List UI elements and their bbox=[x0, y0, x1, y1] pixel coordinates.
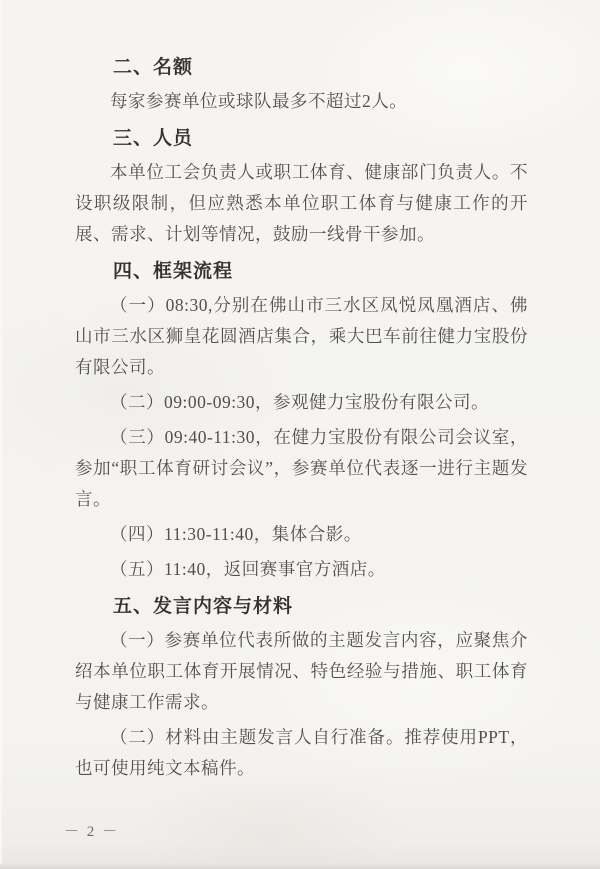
document-page: 二、名额 每家参赛单位或球队最多不超过2人。 三、人员 本单位工会负责人或职工体… bbox=[0, 0, 600, 869]
section-heading: 五、发言内容与材料 bbox=[113, 591, 528, 623]
section-heading: 二、名额 bbox=[113, 52, 528, 84]
paragraph: （一）08:30,分别在佛山市三水区凤悦凤凰酒店、佛山市三水区狮皇花圆酒店集合，… bbox=[75, 290, 528, 383]
paragraph: （五）11:40，返回赛事官方酒店。 bbox=[75, 554, 528, 585]
section-speech-materials: 五、发言内容与材料 （一）参赛单位代表所做的主题发言内容，应聚焦介绍本单位职工体… bbox=[75, 591, 528, 784]
paragraph: 本单位工会负责人或职工体育、健康部门负责人。不设职级限制，但应熟悉本单位职工体育… bbox=[75, 157, 528, 250]
page-number: － 2 － bbox=[64, 820, 119, 841]
section-personnel: 三、人员 本单位工会负责人或职工体育、健康部门负责人。不设职级限制，但应熟悉本单… bbox=[75, 123, 528, 250]
section-schedule: 四、框架流程 （一）08:30,分别在佛山市三水区凤悦凤凰酒店、佛山市三水区狮皇… bbox=[75, 256, 528, 585]
section-heading: 四、框架流程 bbox=[113, 256, 528, 288]
section-heading: 三、人员 bbox=[113, 123, 528, 155]
paragraph: （二）09:00-09:30，参观健力宝股份有限公司。 bbox=[75, 387, 528, 418]
scan-edge-bottom bbox=[0, 864, 600, 869]
paragraph: （一）参赛单位代表所做的主题发言内容，应聚焦介绍本单位职工体育开展情况、特色经验… bbox=[75, 625, 528, 718]
document-content: 二、名额 每家参赛单位或球队最多不超过2人。 三、人员 本单位工会负责人或职工体… bbox=[0, 0, 600, 784]
paragraph: （四）11:30-11:40，集体合影。 bbox=[75, 519, 528, 550]
paragraph: （三）09:40-11:30，在健力宝股份有限公司会议室，参加“职工体育研讨会议… bbox=[75, 422, 528, 515]
paragraph: （二）材料由主题发言人自行准备。推荐使用PPT，也可使用纯文本稿件。 bbox=[75, 722, 528, 784]
section-quota: 二、名额 每家参赛单位或球队最多不超过2人。 bbox=[75, 52, 528, 117]
paragraph: 每家参赛单位或球队最多不超过2人。 bbox=[75, 86, 528, 117]
